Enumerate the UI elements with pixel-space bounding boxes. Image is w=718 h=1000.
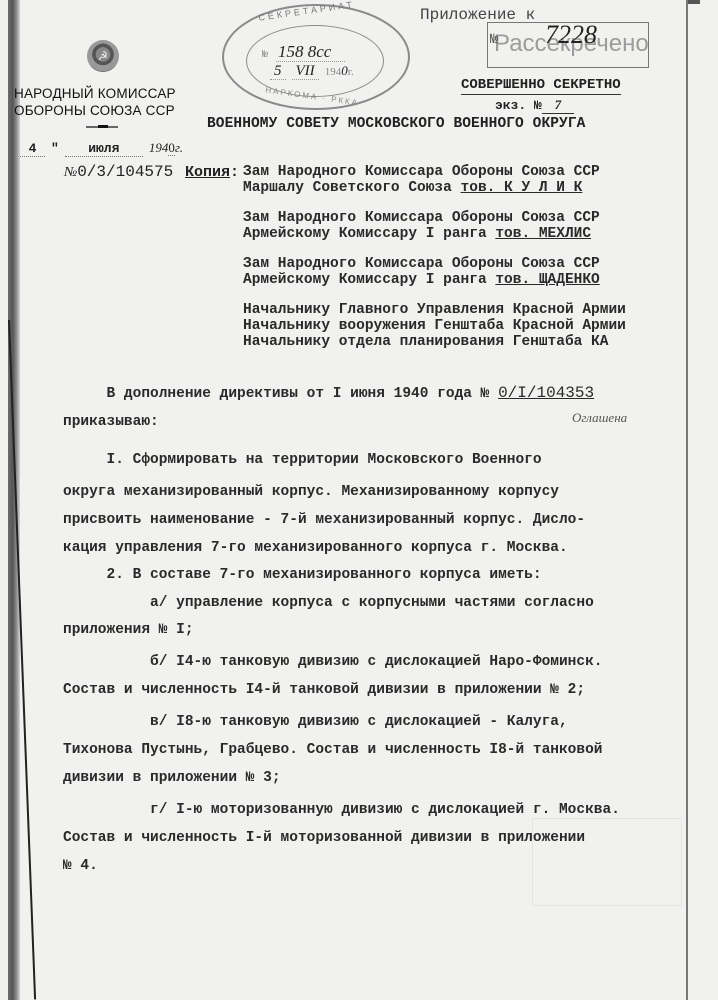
letterhead: НАРОДНЫЙ КОМИССАР ОБОРОНЫ СОЮЗА ССР [14,85,176,119]
body-line: I. Сформировать на территории Московског… [63,452,542,468]
handwritten-note: Оглашена [572,410,627,426]
stamp-number-handwritten: 158 8сс [276,42,345,62]
date-quote: " [51,141,59,156]
body-line: дивизии в приложении № 3; [63,770,281,786]
recipient-chiefs: Начальнику Главного Управления Красной А… [243,302,626,350]
body-line: в/ I8-ю танковую дивизию с дислокацией -… [63,714,568,730]
stamp-number: №158 8сс [262,42,345,62]
recipient-name: тов. ЩАДЕНКО [495,272,599,288]
copy-number-value: 7 [542,97,574,114]
letterhead-divider [86,126,118,128]
copy-label: Копия: [185,164,239,181]
body-line: г/ I-ю моторизованную дивизию с дислокац… [63,802,620,818]
ussr-emblem-icon: ☭ [87,40,119,72]
reg-number-handwritten: 7228 [545,20,597,50]
faint-archive-stamp [532,818,682,906]
body-line: приложения № I; [63,622,194,638]
document-number: №0/3/104575 [64,163,173,181]
copy-recipients: Зам Народного Комиссара Обороны Союза СС… [243,164,626,364]
body-line: а/ управление корпуса с корпусными частя… [63,595,594,611]
recipient-name: тов. МЕХЛИС [495,226,591,242]
recipient-kulik: Зам Народного Комиссара Обороны Союза СС… [243,164,626,196]
body-line: кация управления 7-го механизированного … [63,540,568,556]
body-line: б/ I4-ю танковую дивизию с дислокацией Н… [63,654,603,670]
body-intro: В дополнение директивы от I июня 1940 го… [63,384,594,402]
page-margin-line [686,0,688,1000]
body-intro-line2: приказываю: [63,414,159,430]
body-line: 2. В составе 7-го механизированного корп… [63,567,542,583]
stamp-date-month: VII [292,63,319,80]
copy-number: экз. №7 [495,97,574,114]
stamp-date: 5 VII 1940г. [270,63,354,80]
main-addressee: ВОЕННОМУ СОВЕТУ МОСКОВСКОГО ВОЕННОГО ОКР… [207,116,585,132]
recipient-mekhlis: Зам Народного Комиссара Обороны Союза СС… [243,210,626,242]
body-line: присвоить наименование - 7-й механизиров… [63,512,585,528]
stamp-date-day: 5 [270,63,286,80]
stamp-date-year: 1940г. [325,66,354,78]
recipient-name: тов. К У Л И К [461,180,583,196]
letterhead-line1: НАРОДНЫЙ КОМИССАР [14,85,176,102]
reg-number-prefix: № [490,32,498,48]
body-line: Тихонова Пустынь, Грабцево. Состав и чис… [63,742,603,758]
body-line: Состав и численность I-й моторизованной … [63,830,585,846]
date-day: 4 [20,141,45,157]
body-line: Состав и численность I4-й танковой дивиз… [63,682,585,698]
body-line: округа механизированный корпус. Механизи… [63,484,559,500]
page-corner-mark [688,0,700,4]
recipient-shchadenko: Зам Народного Комиссара Обороны Союза СС… [243,256,626,288]
date-year: 1940г. [149,140,183,156]
body-line: № 4. [63,858,98,874]
directive-reference: 0/I/104353 [498,384,594,402]
date-month: июля [65,141,143,157]
classification-label: СОВЕРШЕННО СЕКРЕТНО [461,77,621,95]
letterhead-line2: ОБОРОНЫ СОЮЗА ССР [14,102,176,119]
document-date: 4"июля1940г. [20,140,183,157]
